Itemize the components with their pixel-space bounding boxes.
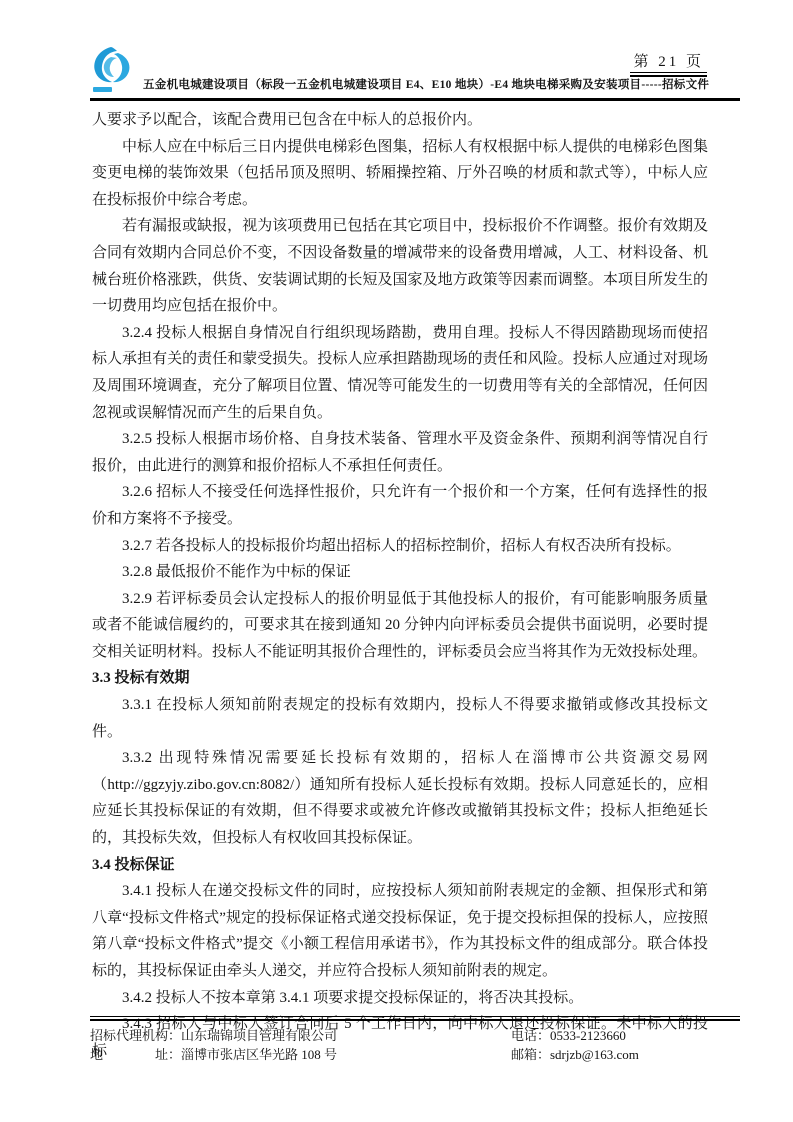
- clause-3-2-8: 3.2.8 最低报价不能作为中标的保证: [92, 559, 708, 586]
- continuation-paragraph: 人要求予以配合，该配合费用已包含在中标人的总报价内。: [92, 107, 708, 134]
- logo-wordmark-badge: [93, 87, 112, 92]
- paragraph-omission: 若有漏报或缺报，视为该项费用已包括在其它项目中，投标报价不作调整。报价有效期及合…: [92, 213, 708, 319]
- footer-divider-thin: [90, 1016, 740, 1017]
- page-number-label: 第 21 页: [630, 50, 707, 73]
- footer-row-address: 地 址：淄博市张店区华光路 108 号 邮箱：sdrjzb@163.com: [90, 1045, 740, 1064]
- company-logo: [90, 45, 138, 93]
- header-divider: [90, 98, 740, 101]
- footer-divider-thick: [90, 1019, 740, 1021]
- footer-address: 地 址：淄博市张店区华光路 108 号: [90, 1047, 337, 1062]
- document-page: 第 21 页 五金机电城建设项目（标段一五金机电城建设项目 E4、E10 地块）…: [0, 0, 793, 1122]
- clause-3-3-1: 3.3.1 在投标人须知前附表规定的投标有效期内，投标人不得要求撤销或修改其投标…: [92, 692, 708, 745]
- clause-3-3-2: 3.3.2 出现特殊情况需要延长投标有效期的，招标人在淄博市公共资源交易网（ht…: [92, 745, 708, 851]
- clause-3-4-1: 3.4.1 投标人在递交投标文件的同时，应按投标人须知前附表规定的金额、担保形式…: [92, 878, 708, 984]
- footer-agency: 招标代理机构：山东瑞锦项目管理有限公司: [90, 1028, 337, 1043]
- clause-3-2-9: 3.2.9 若评标委员会认定投标人的报价明显低于其他投标人的报价，有可能影响服务…: [92, 586, 708, 666]
- document-body: 人要求予以配合，该配合费用已包含在中标人的总报价内。 中标人应在中标后三日内提供…: [92, 107, 708, 1064]
- paragraph-color-atlas: 中标人应在中标后三日内提供电梯彩色图集，招标人有权根据中标人提供的电梯彩色图集变…: [92, 134, 708, 214]
- document-header-title: 五金机电城建设项目（标段一五金机电城建设项目 E4、E10 地块）-E4 地块电…: [143, 76, 709, 92]
- heading-3-4: 3.4 投标保证: [92, 852, 708, 879]
- footer-row-agency: 招标代理机构：山东瑞锦项目管理有限公司 电话：0533-2123660: [90, 1026, 740, 1045]
- clause-3-2-5: 3.2.5 投标人根据市场价格、自身技术装备、管理水平及资金条件、预期利润等情况…: [92, 426, 708, 479]
- page-number: 第 21 页: [630, 50, 707, 77]
- company-logo-swirl-icon: [90, 45, 138, 87]
- clause-3-2-6: 3.2.6 招标人不接受任何选择性报价，只允许有一个报价和一个方案，任何有选择性…: [92, 479, 708, 532]
- heading-3-3: 3.3 投标有效期: [92, 665, 708, 692]
- clause-3-2-4: 3.2.4 投标人根据自身情况自行组织现场踏勘，费用自理。投标人不得因踏勘现场而…: [92, 320, 708, 426]
- page-footer: 招标代理机构：山东瑞锦项目管理有限公司 电话：0533-2123660 地 址：…: [90, 1016, 740, 1064]
- clause-3-2-7: 3.2.7 若各投标人的投标报价均超出招标人的招标控制价，招标人有权否决所有投标…: [92, 533, 708, 560]
- footer-phone: 电话：0533-2123660: [511, 1026, 626, 1045]
- footer-email: 邮箱：sdrjzb@163.com: [511, 1045, 639, 1064]
- clause-3-4-2: 3.4.2 投标人不按本章第 3.4.1 项要求提交投标保证的，将否决其投标。: [92, 985, 708, 1012]
